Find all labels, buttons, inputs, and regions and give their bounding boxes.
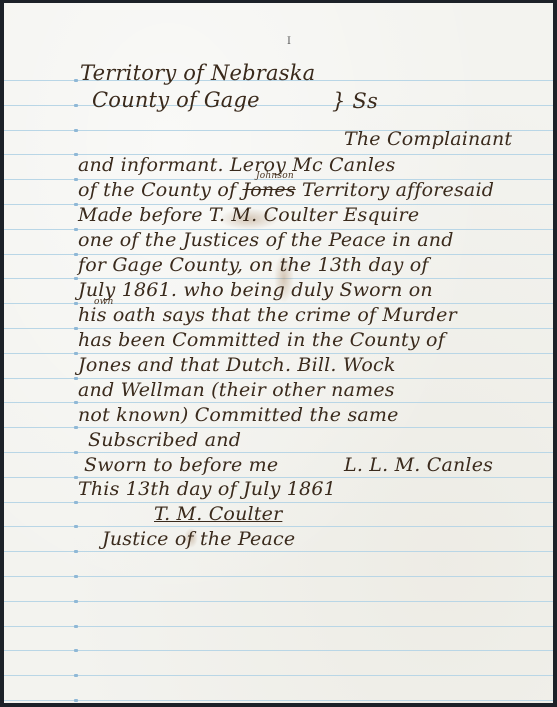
- margin-dot: [74, 451, 78, 454]
- body-line-9: has been Committed in the County of: [78, 329, 445, 351]
- ruled-line: [4, 626, 553, 627]
- body-line-11: and Wellman (their other names: [78, 379, 395, 401]
- jurat-subscribed: Subscribed and: [88, 429, 241, 451]
- ruled-line: [4, 601, 553, 602]
- margin-dot: [74, 525, 78, 528]
- ruled-line: [4, 427, 553, 428]
- margin-dot: [74, 129, 78, 132]
- justice-title: Justice of the Peace: [102, 528, 295, 550]
- margin-dot: [74, 649, 78, 652]
- body-line-6: for Gage County, on the 13th day of: [78, 254, 429, 276]
- body-line-12: not known) Committed the same: [78, 404, 399, 426]
- heading-territory: Territory of Nebraska: [80, 61, 315, 85]
- county-of-label: of the County of: [78, 179, 236, 201]
- margin-dot: [74, 600, 78, 603]
- margin-dot: [74, 79, 78, 82]
- margin-dot: [74, 699, 78, 702]
- ruled-line: [4, 452, 553, 453]
- body-line-5: one of the Justices of the Peace in and: [78, 229, 454, 251]
- heading-county: County of Gage: [92, 88, 260, 112]
- ruled-line: [4, 675, 553, 676]
- county-struck: Jones: [242, 179, 295, 201]
- margin-dot: [74, 550, 78, 553]
- body-line-7: July 1861. who being duly Sworn on: [78, 279, 433, 301]
- margin-dot: [74, 501, 78, 504]
- body-line-4: Made before T. M. Coulter Esquire: [78, 204, 419, 226]
- page-number-mark: I: [287, 36, 291, 47]
- ruled-line: [4, 700, 553, 701]
- margin-dot: [74, 625, 78, 628]
- ruled-line: [4, 551, 553, 552]
- justice-signature: T. M. Coulter: [154, 503, 282, 525]
- county-inserted: Johnson: [256, 171, 294, 181]
- margin-dot: [74, 426, 78, 429]
- jurat-date: This 13th day of July 1861: [78, 478, 336, 500]
- territory-aforesaid: Territory afforesaid: [302, 179, 494, 201]
- complainant-signature: L. L. M. Canles: [344, 454, 493, 476]
- margin-dot: [74, 674, 78, 677]
- body-line-2: and informant. Leroy Mc Canles: [78, 154, 395, 176]
- body-line-10: Jones and that Dutch. Bill. Wock: [78, 354, 396, 376]
- body-line-3: of the County of Jones Territory affores…: [78, 179, 494, 201]
- document-page: I Territory of Nebraska County of Gage }…: [4, 3, 553, 703]
- margin-dot: [74, 575, 78, 578]
- ruled-line: [4, 650, 553, 651]
- ruled-line: [4, 576, 553, 577]
- jurat-sworn: Sworn to before me: [84, 454, 278, 476]
- heading-ss: } Ss: [332, 89, 378, 113]
- body-line-1: The Complainant: [344, 128, 512, 150]
- ruled-line: [4, 105, 553, 106]
- margin-dot: [74, 104, 78, 107]
- body-line-8: his oath says that the crime of Murder: [78, 304, 457, 326]
